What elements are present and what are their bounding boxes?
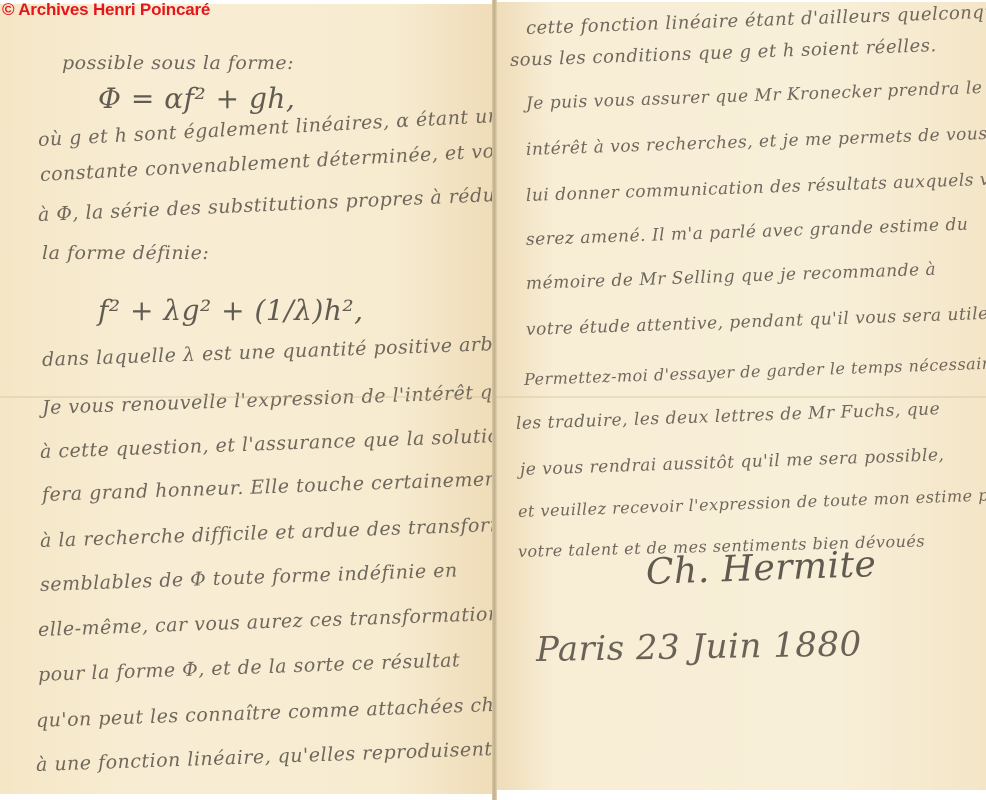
handwritten-line: semblables de Φ toute forme indéfinie en	[40, 559, 458, 596]
handwritten-line: lui donner communication des résultats a…	[526, 169, 986, 206]
handwritten-line: elle-même, car vous aurez ces transforma…	[38, 602, 512, 640]
handwritten-line: à la recherche difficile et ardue des tr…	[40, 512, 570, 552]
handwritten-line: serez amené. Il m'a parlé avec grande es…	[526, 215, 969, 250]
left-page: possible sous la forme: Φ = αf² + gh, où…	[0, 4, 493, 794]
handwritten-line: dans laquelle λ est une quantité positiv…	[42, 331, 558, 371]
handwritten-line: possible sous la forme:	[62, 52, 294, 74]
handwritten-line: à Φ, la série des substitutions propres …	[38, 183, 524, 226]
handwritten-line: votre étude attentive, pendant qu'il vou…	[526, 304, 986, 340]
paper-crease	[0, 396, 986, 398]
handwritten-line: à une fonction linéaire, qu'elles reprod…	[36, 738, 500, 776]
handwritten-line: fera grand honneur. Elle touche certaine…	[42, 468, 506, 506]
handwritten-line: pour la forme Φ, et de la sorte ce résul…	[38, 649, 461, 686]
handwritten-line: les traduire, les deux lettres de Mr Fuc…	[516, 399, 941, 434]
handwritten-line: et veuillez recevoir l'expression de tou…	[518, 485, 986, 521]
handwritten-line: intérêt à vos recherches, et je me perme…	[526, 121, 986, 160]
letter-scan: possible sous la forme: Φ = αf² + gh, où…	[0, 0, 986, 800]
handwritten-line: Je puis vous assurer que Mr Kronecker pr…	[526, 76, 986, 114]
handwritten-line: la forme définie:	[42, 242, 209, 264]
handwritten-line: je vous rendrai aussitôt qu'il me sera p…	[520, 445, 945, 480]
copyright-watermark: © Archives Henri Poincaré	[2, 0, 210, 20]
signature: Ch. Hermite	[645, 544, 877, 593]
handwritten-line: qu'on peut les connaître comme attachées…	[36, 692, 555, 732]
handwritten-line: à cette question, et l'assurance que la …	[40, 423, 566, 463]
handwritten-line: mémoire de Mr Selling que je recommande …	[526, 260, 937, 294]
handwritten-formula: Φ = αf² + gh,	[98, 82, 295, 115]
page-fold	[492, 0, 497, 800]
handwritten-line: Permettez-moi d'essayer de garder le tem…	[524, 352, 986, 389]
handwritten-line: sous les conditions que g et h soient ré…	[510, 35, 937, 71]
handwritten-line: cette fonction linéaire étant d'ailleurs…	[526, 1, 986, 39]
letter-date: Paris 23 Juin 1880	[536, 624, 862, 670]
handwritten-formula: f² + λg² + (1/λ)h²,	[98, 294, 364, 327]
